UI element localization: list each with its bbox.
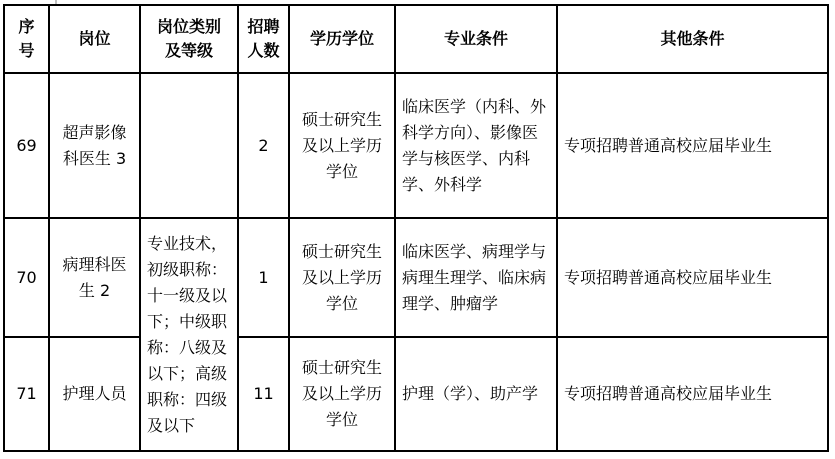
cell-education: 硕士研究生及以上学历学位	[289, 218, 395, 337]
cell-position: 病理科医生 2	[49, 218, 140, 337]
cell-major: 护理（学）、助产学	[395, 337, 557, 451]
cell-major: 临床医学（内科、外科学方向）、影像医学与核医学、内科学、外科学	[395, 73, 557, 218]
cell-count: 1	[238, 218, 289, 337]
table-header-row: 序 号 岗位 岗位类别 及等级 招聘 人数 学历学位 专业条件 其他条件	[4, 5, 828, 73]
cell-education: 硕士研究生及以上学历学位	[289, 337, 395, 451]
cell-count: 11	[238, 337, 289, 451]
table-row: 71 护理人员 11 硕士研究生及以上学历学位 护理（学）、助产学 专项招聘普通…	[4, 337, 828, 451]
recruitment-table: 序 号 岗位 岗位类别 及等级 招聘 人数 学历学位 专业条件 其他条件 69 …	[3, 4, 829, 452]
column-header-major: 专业条件	[395, 5, 557, 73]
cell-other: 专项招聘普通高校应届毕业生	[557, 218, 828, 337]
cell-education: 硕士研究生及以上学历学位	[289, 73, 395, 218]
column-header-count: 招聘 人数	[238, 5, 289, 73]
cell-other: 专项招聘普通高校应届毕业生	[557, 337, 828, 451]
cell-count: 2	[238, 73, 289, 218]
cell-position: 超声影像科医生 3	[49, 73, 140, 218]
table-row: 69 超声影像科医生 3 2 硕士研究生及以上学历学位 临床医学（内科、外科学方…	[4, 73, 828, 218]
column-header-category: 岗位类别 及等级	[140, 5, 238, 73]
cell-position: 护理人员	[49, 337, 140, 451]
cell-category-merged: 专业技术，初级职称：十一级及以下；中级职称：八级及以下；高级职称：四级及以下	[140, 218, 238, 451]
cell-other: 专项招聘普通高校应届毕业生	[557, 73, 828, 218]
column-header-education: 学历学位	[289, 5, 395, 73]
cell-category	[140, 73, 238, 218]
column-header-serial: 序 号	[4, 5, 49, 73]
cell-serial: 69	[4, 73, 49, 218]
column-header-position: 岗位	[49, 5, 140, 73]
cell-serial: 70	[4, 218, 49, 337]
table-row: 70 病理科医生 2 专业技术，初级职称：十一级及以下；中级职称：八级及以下；高…	[4, 218, 828, 337]
cell-major: 临床医学、病理学与病理生理学、临床病理学、肿瘤学	[395, 218, 557, 337]
cell-serial: 71	[4, 337, 49, 451]
column-header-other: 其他条件	[557, 5, 828, 73]
